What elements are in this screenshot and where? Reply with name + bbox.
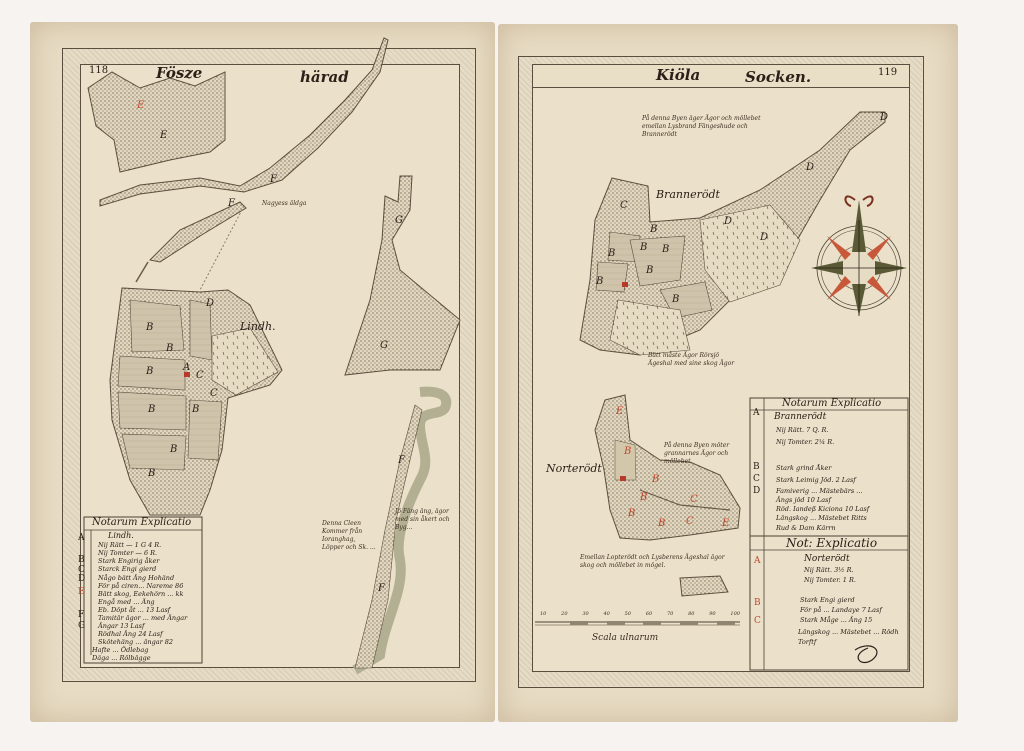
scale-tick: 70 [667,610,673,618]
label-b-br6: B [596,276,603,287]
legend-key-g: G [78,621,85,631]
label-b-nt2: B [652,474,659,485]
legend-row: Ängar 13 Lasf [98,622,144,630]
scale-tick: 60 [646,610,652,618]
label-f4: F [378,583,385,594]
legend-key-a: A [754,556,761,566]
scale-ticks: 10 20 30 40 50 60 70 80 90 100 [540,610,740,618]
legend-key-f: F [78,610,84,620]
field-g [345,176,460,375]
farmstead-brannerodt [622,282,628,287]
legend-subtitle: Lindh. [108,531,134,540]
right-title-left: Kiöla [656,66,700,84]
label-b3: B [146,366,153,377]
legend-key-b: B [78,555,85,565]
label-b-br2: B [608,248,615,259]
legend-key-d: D [78,574,85,584]
label-b1: B [146,322,153,333]
right-page-number: 119 [878,67,897,78]
legend-row: Nij Tomter — 6 R. [98,549,157,557]
legend-key-a: A [78,533,85,543]
field-small [680,576,728,596]
legend-row: Tamitär ägor ... med Ängar [98,614,187,622]
scale-tick: 30 [582,610,588,618]
label-b-nt5: B [658,518,665,529]
legend-row: Starck Engi gierd [98,565,156,573]
label-b-br1: B [650,224,657,235]
legend-row: Ängs jöd 10 Lasf [776,496,831,504]
legend-row: Torftf [798,638,816,646]
legend-row: För på ciren... Nareme 86 [98,582,183,590]
label-b-nt4: B [628,508,635,519]
label-f3: F [398,455,405,466]
label-d: D [206,298,214,309]
left-page-number: 118 [89,65,108,76]
label-d1: D [724,216,732,227]
place-norterodt: Norterödt [546,462,602,475]
scale-tick: 50 [625,610,631,618]
left-title-right: härad [300,68,349,86]
label-b-br4: B [662,244,669,255]
legend-row: Längskog ... Mästebet ... Rödh [798,628,899,636]
place-brannerodt: Brannerödt [656,188,720,201]
label-c-br: C [620,200,628,211]
legend-row: Stark Engirig åker [98,557,159,565]
legend-row: Någo bätt Äng Hohänd [98,574,174,582]
note-brannerodt-bottom: Bätt måste Ägor Rörsjö Ägeshal med sine … [648,352,738,368]
label-d2: D [760,232,768,243]
label-e: E [160,130,167,141]
legend-row: Nij Rätt. 7 Q. R. [776,426,828,434]
label-b4: B [148,404,155,415]
note-river-right: Jö Fäng äng, ägor med sin åkert och Byg.… [395,508,455,532]
label-b-br3: B [640,242,647,253]
scale-label: Scala ulnarum [592,634,658,642]
legend-row: Stark grind Åker [776,464,831,472]
place-lindh: Lindh. [240,320,276,333]
label-b2: B [166,343,173,354]
label-e-nt: E [616,406,623,417]
label-b-br7: B [672,294,679,305]
scale-tick: 40 [603,610,609,618]
label-b5: B [170,444,177,455]
label-c-nt2: C [686,516,694,527]
legend-key-e: E [78,587,85,597]
scale-tick: 100 [730,610,740,618]
label-g1: G [395,215,403,226]
legend-row: Stark Leimig Jöd. 2 Lasf [776,476,856,484]
scale-tick: 10 [540,610,546,618]
farmstead-norterodt [620,476,626,481]
left-legend: Notarum Explicatio Lindh. A Nij Rätt — 1… [84,517,202,663]
label-c-nt1: C [690,494,698,505]
legend-row: Bätt skog, Eekehörn ... kk [98,590,183,598]
legend-row: Hafte ... Ödlebag [92,646,148,654]
label-c1: C [196,370,204,381]
label-e-red: E [137,100,144,111]
label-b-nt3: B [640,492,647,503]
legend-row: Nij Tomter. 2¼ R. [776,438,834,446]
label-a: A [183,362,190,373]
right-legend-top: Notarum Explicatio Brannerödt A Nij Rätt… [750,398,908,536]
label-d4: D [880,112,888,123]
legend-title: Notarum Explicatio [92,517,191,528]
legend-title: Notarum Explicatio [782,398,881,409]
legend-row: Skötehäng ... ängar 82 [98,638,173,646]
note-norterodt-bottom: Emellan Lopterödt och Lysberens Ägeshal … [580,554,730,570]
label-f1: F [270,174,277,185]
note-norterodt-right: På denna Byen möter grannarnes Ägor och … [664,442,744,466]
label-f2: F [228,198,235,209]
label-c2: C [210,388,218,399]
legend-title: Not: Explicatio [786,536,877,550]
scale-tick: 90 [709,610,715,618]
legend-row: För på ... Landaye 7 Lasf [800,606,882,614]
legend-row: Nij Tomter. 1 R. [804,576,856,584]
legend-row: Däga ... Rölbägge [92,654,151,662]
legend-row: Längskog ... Mästebet Ritts [776,514,867,522]
left-title-left: Fösze [156,64,202,82]
legend-row: Röd. Iandeß Kiciona 10 Lasf [776,505,869,513]
legend-key-c: C [753,474,760,484]
note-river-left: Denna Cleen Kommer från Ioranghag, Löppe… [322,520,377,552]
compass-rose [811,196,907,316]
legend-row: Rud & Dam Kärrn [776,524,836,532]
legend-key-b: B [754,598,761,608]
legend-subtitle: Norterödt [804,554,850,564]
legend-key-c: C [754,616,761,626]
label-b7: B [192,404,199,415]
scale-tick: 80 [688,610,694,618]
legend-key-b: B [753,462,760,472]
legend-row: Stark Engi gierd [800,596,855,604]
label-d3: D [806,162,814,173]
legend-row: Engå med ... Äng [98,598,155,606]
legend-subtitle: Brannerödt [774,412,826,422]
legend-row: Eb. Döpt åt ... 13 Lasf [98,606,170,614]
river-strip-f2 [150,202,246,262]
legend-row: Stark Måge ... Äng 15 [800,616,872,624]
legend-row: Rödhal Äng 24 Lasf [98,630,163,638]
legend-key-d: D [753,486,760,496]
right-legend-bottom: Not: Explicatio Norterödt A Nij Rätt. 3½… [750,536,908,670]
scale-tick: 20 [561,610,567,618]
note-top: På denna Byen äger Ägor och möllebet eme… [642,115,772,139]
scale-bar [535,621,740,625]
label-b6: B [148,468,155,479]
label-b-nt1: B [624,446,631,457]
label-e-nt2: E [722,518,729,529]
legend-row: Nij Rätt. 3½ R. [804,566,854,574]
label-g2: G [380,340,388,351]
label-b-br5: B [646,265,653,276]
legend-row: Famiverig ... Mästebärs ... [776,487,862,495]
legend-key-a: A [753,408,760,418]
field-e [88,72,225,172]
legend-row: Nij Rätt — 1 G 4 R. [98,541,161,549]
right-title-right: Socken. [745,68,811,86]
note-nagyess: Nagyess äldga [262,200,352,208]
